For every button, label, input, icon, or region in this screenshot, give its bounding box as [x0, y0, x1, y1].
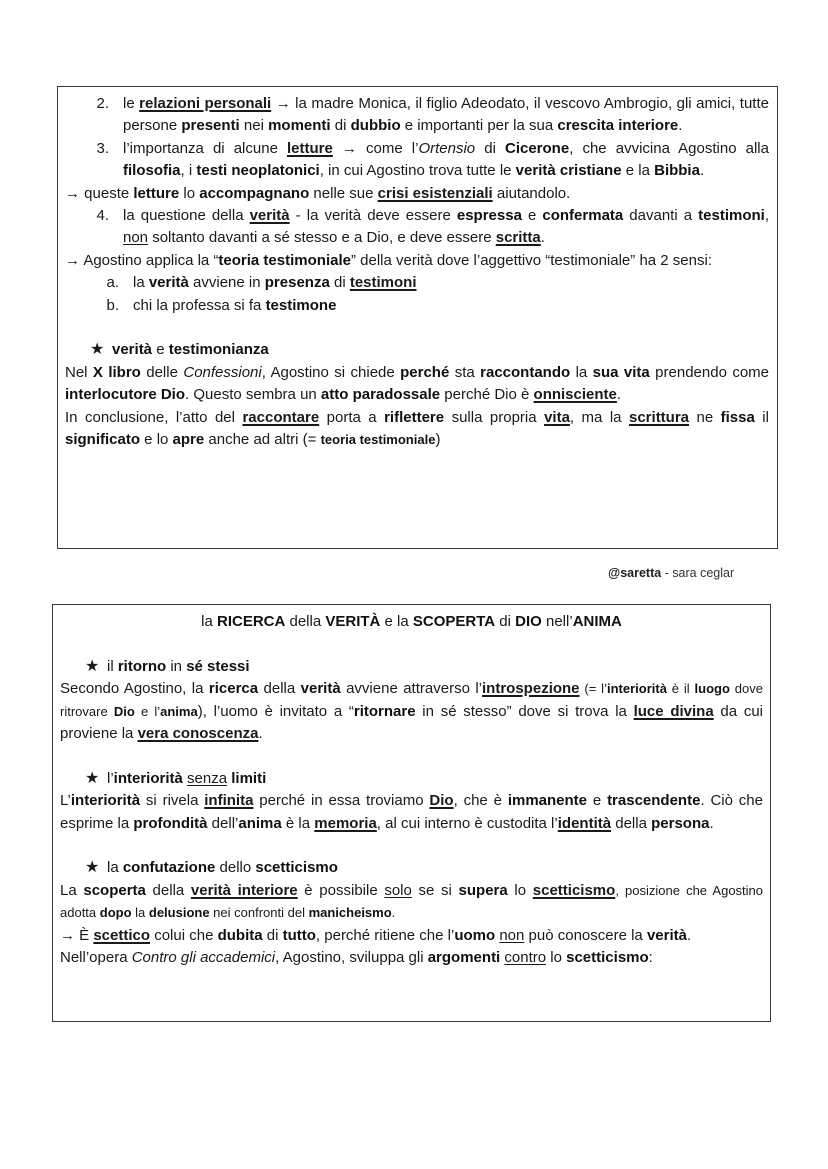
list-number: 4. [65, 205, 123, 250]
author-signature: @saretta - sara ceglar [608, 566, 734, 580]
paragraph-interiority: L’interiorità si rivela infinita perché … [60, 790, 763, 835]
paragraph-inner-truth: La scoperta della verità interiore è pos… [60, 880, 763, 925]
list-item-text: l’importanza di alcune letture → come l’… [123, 138, 769, 183]
note-readings: → queste letture lo accompagnano nelle s… [65, 183, 769, 205]
paragraph-skeptic-definition: → È scettico colui che dubita di tutto, … [60, 925, 763, 947]
list-item-text: la verità avviene in presenza di testimo… [133, 272, 769, 294]
list-letter: b. [65, 295, 133, 317]
section-heading-truth-testimony: ★verità e testimonianza [65, 339, 769, 361]
paragraph-introspection: Secondo Agostino, la ricerca della verit… [60, 678, 763, 745]
paragraph-confessions: Nel X libro delle Confessioni, Agostino … [65, 362, 769, 407]
list-number: 2. [65, 93, 123, 138]
star-icon: ★ [85, 857, 107, 879]
list-item-text: le relazioni personali → la madre Monica… [123, 93, 769, 138]
author-name: - sara ceglar [661, 566, 734, 580]
paragraph-contra-academicos: Nell’opera Contro gli accademici, Agosti… [60, 947, 763, 969]
paragraph-conclusion: In conclusione, l’atto del raccontare po… [65, 407, 769, 452]
notes-box-search-for-truth: la RICERCA della VERITÀ e la SCOPERTA di… [52, 604, 771, 1022]
list-item-text: la questione della verità - la verità de… [123, 205, 769, 250]
section-heading-skepticism: ★la confutazione dello scetticismo [60, 857, 763, 879]
list-item-4: 4. la questione della verità - la verità… [65, 205, 769, 250]
star-icon: ★ [90, 339, 112, 361]
list-number: 3. [65, 138, 123, 183]
list-item-3: 3. l’importanza di alcune letture → come… [65, 138, 769, 183]
section-heading-limitless-interiority: ★l’interiorità senza limiti [60, 768, 763, 790]
author-handle: @saretta [608, 566, 661, 580]
star-icon: ★ [85, 656, 107, 678]
notes-box-continuation: 2. le relazioni personali → la madre Mon… [57, 86, 778, 549]
list-item-2: 2. le relazioni personali → la madre Mon… [65, 93, 769, 138]
list-item-text: chi la professa si fa testimone [133, 295, 769, 317]
note-testimonial-theory: → Agostino applica la “teoria testimonia… [65, 250, 769, 272]
section-heading-return-to-self: ★il ritorno in sé stessi [60, 656, 763, 678]
list-letter: a. [65, 272, 133, 294]
list-item-a: a. la verità avviene in presenza di test… [65, 272, 769, 294]
star-icon: ★ [85, 768, 107, 790]
list-item-b: b. chi la professa si fa testimone [65, 295, 769, 317]
page-title: la RICERCA della VERITÀ e la SCOPERTA di… [60, 611, 763, 633]
